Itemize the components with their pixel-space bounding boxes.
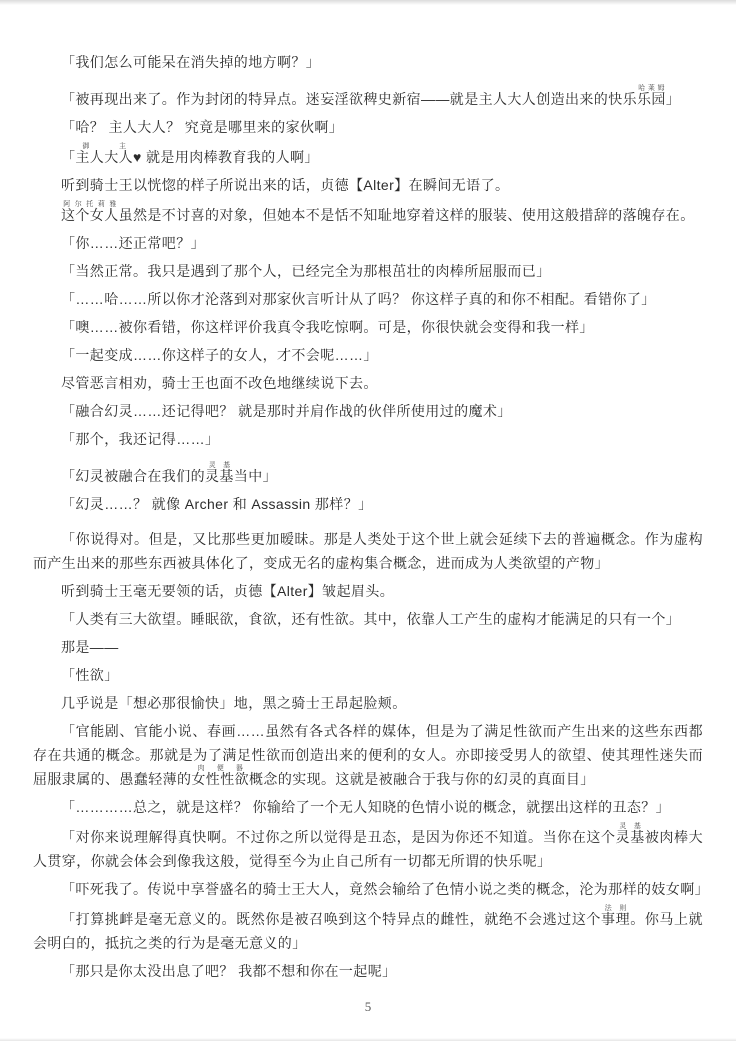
page-body: 「我们怎么可能呆在消失掉的地方啊？」「被再现出来了。作为封闭的特异点。迷妄淫欲稗… (33, 50, 703, 983)
paragraph: 「……哈……所以你才沦落到对那家伙言听计从了吗？ 你这样子真的和你不相配。看错你… (33, 287, 703, 311)
ruby-gloss: 法则 (601, 905, 630, 912)
paragraph: 「性欲」 (33, 663, 703, 687)
paragraph: 那是—— (33, 635, 703, 659)
paragraph: 「噢……被你看错，你这样评价我真令我吃惊啊。可是，你很快就会变得和我一样」 (33, 315, 703, 339)
page-number: 5 (0, 999, 736, 1015)
paragraph: 尽管恶言相劝，骑士王也面不改色地继续说下去。 (33, 371, 703, 395)
scan-artifact-top-edge (0, 0, 736, 5)
paragraph: 「…………总之，就是这样？ 你输给了一个无人知晓的色情小说的概念，就摆出这样的丑… (33, 795, 703, 819)
ruby-annotated-text: 灵基灵基 (205, 468, 234, 484)
ruby-gloss: 灵基 (616, 823, 645, 830)
ruby-gloss: 灵基 (205, 462, 234, 469)
paragraph: 「对你来说理解得真快啊。不过你之所以觉得是丑态，是因为你还不知道。当你在这个灵基… (33, 823, 703, 873)
paragraph: 这个女人阿尔托莉雅虽然是不讨喜的对象，但她本不是恬不知耻地穿着这样的服装、使用这… (33, 201, 703, 227)
ruby-annotated-text: 乐园哈莱姆 (637, 91, 666, 107)
paragraph: 「那个，我还记得……」 (33, 427, 703, 451)
document-page: 「我们怎么可能呆在消失掉的地方啊？」「被再现出来了。作为封闭的特异点。迷妄淫欲稗… (0, 0, 736, 983)
ruby-annotated-text: 主人大人御主 (75, 149, 133, 165)
paragraph: 「吓死我了。传说中享誉盛名的骑士王大人，竟然会输给了色情小说之类的概念，沦为那样… (33, 877, 703, 901)
ruby-gloss: 御主 (75, 143, 133, 150)
paragraph: 「人类有三大欲望。睡眠欲，食欲，还有性欲。其中，依靠人工产生的虚构才能满足的只有… (33, 607, 703, 631)
paragraph: 「打算挑衅是毫无意义的。既然你是被召唤到这个特异点的雌性，就绝不会逃过这个事理法… (33, 905, 703, 955)
ruby-annotated-text: 事理法则 (601, 911, 630, 927)
paragraph: 「当然正常。我只是遇到了那个人，已经完全为那根茁壮的肉棒所屈服而已」 (33, 259, 703, 283)
paragraph: 「一起变成……你这样子的女人，才不会呢……」 (33, 343, 703, 367)
ruby-gloss: 肉便器 (191, 765, 249, 772)
paragraph: 「我们怎么可能呆在消失掉的地方啊？」 (33, 50, 703, 74)
paragraph: 「你……还正常吧？」 (33, 231, 703, 255)
ruby-annotated-text: 女性性欲肉便器 (191, 771, 249, 787)
paragraph: 「官能剧、官能小说、春画……虽然有各式各样的媒体，但是为了满足性欲而产生出来的这… (33, 719, 703, 791)
paragraph: 听到骑士王以恍惚的样子所说出来的话，贞德【Alter】在瞬间无语了。 (33, 173, 703, 197)
ruby-gloss: 阿尔托莉雅 (61, 201, 119, 208)
paragraph: 「幻灵被融合在我们的灵基灵基当中」 (33, 462, 703, 488)
paragraph: 「那只是你太没出息了吧？ 我都不想和你在一起呢」 (33, 959, 703, 983)
paragraph: 几乎说是「想必那很愉快」地，黑之骑士王昂起脸颊。 (33, 691, 703, 715)
ruby-annotated-text: 这个女人阿尔托莉雅 (61, 207, 119, 223)
paragraph: 听到骑士王毫无要领的话，贞德【Alter】皱起眉头。 (33, 579, 703, 603)
paragraph: 「你说得对。但是，又比那些更加暧昧。那是人类处于这个世上就会延续下去的普遍概念。… (33, 527, 703, 575)
paragraph: 「哈？ 主人大人？ 究竟是哪里来的家伙啊」 (33, 115, 703, 139)
ruby-gloss: 哈莱姆 (637, 85, 666, 92)
paragraph: 「融合幻灵……还记得吧？ 就是那时并肩作战的伙伴所使用过的魔术」 (33, 399, 703, 423)
paragraph: 「被再现出来了。作为封闭的特异点。迷妄淫欲稗史新宿——就是主人大人创造出来的快乐… (33, 85, 703, 111)
ruby-annotated-text: 灵基灵基 (616, 829, 645, 845)
paragraph: 「幻灵……？ 就像 Archer 和 Assassin 那样？」 (33, 492, 703, 516)
paragraph: 「主人大人御主♥ 就是用肉棒教育我的人啊」 (33, 143, 703, 169)
